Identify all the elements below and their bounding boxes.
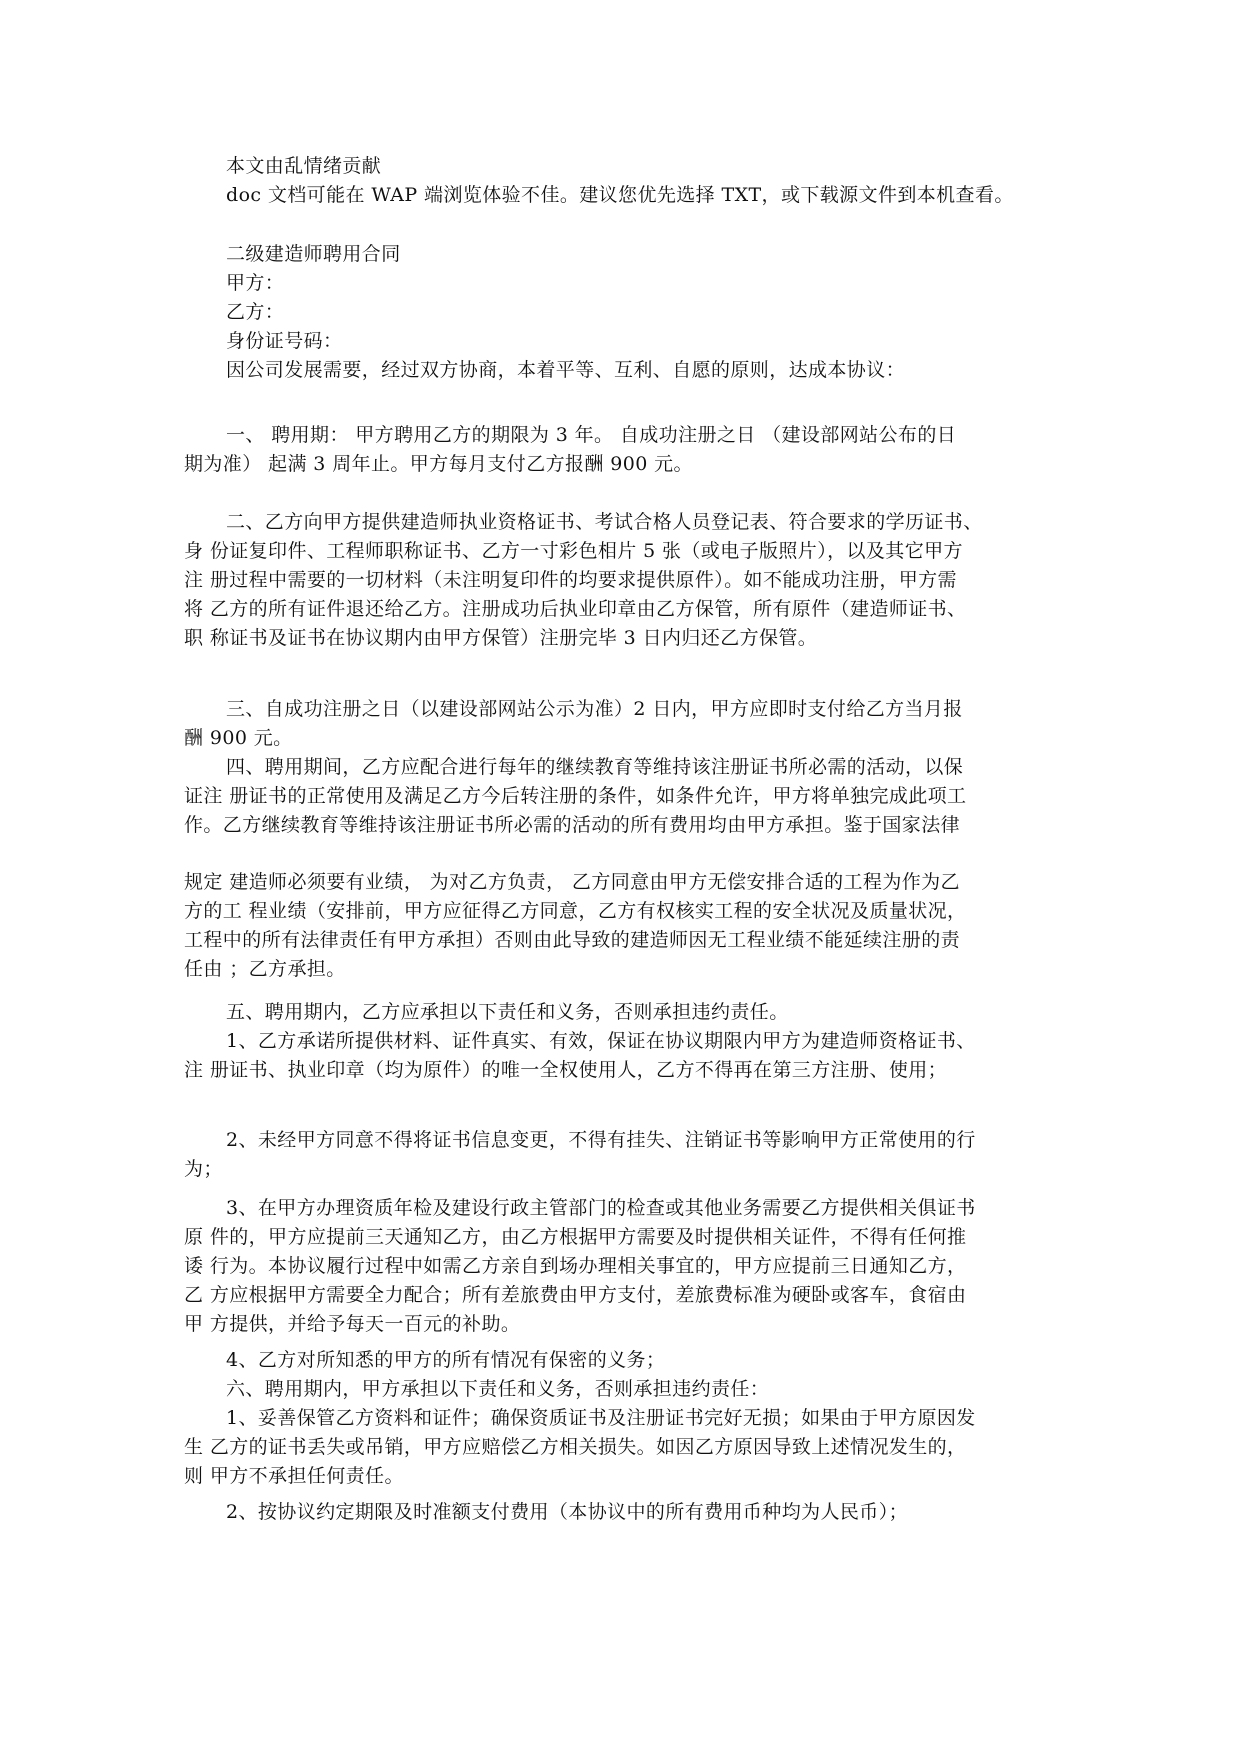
- contract-line: 为；: [184, 1157, 223, 1181]
- contract-line: 期为准） 起满 3 周年止。甲方每月支付乙方报酬 900 元。: [184, 452, 693, 476]
- contract-line: 六、聘用期内，甲方承担以下责任和义务，否则承担违约责任：: [226, 1377, 769, 1401]
- contract-line: 二、乙方向甲方提供建造师执业资格证书、考试合格人员登记表、符合要求的学历证书、: [226, 510, 983, 534]
- party-a-label: 甲方：: [226, 271, 284, 295]
- id-number-label: 身份证号码：: [226, 329, 342, 353]
- contract-line: 2、未经甲方同意不得将证书信息变更，不得有挂失、注销证书等影响甲方正常使用的行: [226, 1128, 976, 1152]
- contract-line: 酬 900 元。: [184, 726, 293, 750]
- contract-line: 3、在甲方办理资质年检及建设行政主管部门的检查或其他业务需要乙方提供相关俱证书: [226, 1196, 976, 1220]
- party-b-label: 乙方：: [226, 300, 284, 324]
- contract-line: 证注 册证书的正常使用及满足乙方今后转注册的条件，如条件允许，甲方将单独完成此项…: [184, 784, 966, 808]
- contract-line: 注 册过程中需要的一切材料（未注明复印件的均要求提供原件）。如不能成功注册，甲方…: [184, 568, 957, 592]
- contract-line: 身 份证复印件、工程师职称证书、乙方一寸彩色相片 5 张（或电子版照片），以及其…: [184, 539, 963, 563]
- contract-line: 甲 方提供，并给予每天一百元的补助。: [184, 1312, 520, 1336]
- contract-line: 诿 行为。本协议履行过程中如需乙方亲自到场办理相关事宜的，甲方应提前三日通知乙方…: [184, 1254, 966, 1278]
- contract-line: 乙 方应根据甲方需要全力配合；所有差旅费由甲方支付，差旅费标准为硬卧或客车，食宿…: [184, 1283, 966, 1307]
- contract-line: 注 册证书、执业印章（均为原件）的唯一全权使用人，乙方不得再在第三方注册、使用；: [184, 1058, 947, 1082]
- contract-line: 四、聘用期间，乙方应配合进行每年的继续教育等维持该注册证书所必需的活动，以保: [226, 755, 963, 779]
- preamble: 因公司发展需要，经过双方协商，本着平等、互利、自愿的原则，达成本协议：: [226, 358, 905, 382]
- contract-line: 将 乙方的所有证件退还给乙方。注册成功后执业印章由乙方保管，所有原件（建造师证书…: [184, 597, 966, 621]
- contract-line: 职 称证书及证书在协议期内由甲方保管）注册完毕 3 日内归还乙方保管。: [184, 626, 817, 650]
- wap-notice: doc 文档可能在 WAP 端浏览体验不佳。建议您优先选择 TXT，或下载源文件…: [226, 183, 1014, 207]
- contributor-note: 本文由乱情绪贡献: [226, 154, 381, 178]
- document-page: 本文由乱情绪贡献 doc 文档可能在 WAP 端浏览体验不佳。建议您优先选择 T…: [0, 0, 1241, 1754]
- contract-line: 1、妥善保管乙方资料和证件；确保资质证书及注册证书完好无损；如果由于甲方原因发: [226, 1406, 976, 1430]
- contract-line: 工程中的所有法律责任有甲方承担）否则由此导致的建造师因无工程业绩不能延续注册的责: [184, 928, 960, 952]
- contract-line: 生 乙方的证书丢失或吊销，甲方应赔偿乙方相关损失。如因乙方原因导致上述情况发生的…: [184, 1435, 966, 1459]
- contract-line: 4、乙方对所知悉的甲方的所有情况有保密的义务；: [226, 1348, 665, 1372]
- contract-title: 二级建造师聘用合同: [226, 242, 401, 266]
- contract-line: 任由 ；乙方承担。: [184, 957, 346, 981]
- contract-line: 则 甲方不承担任何责任。: [184, 1464, 404, 1488]
- contract-line: 一、 聘用期： 甲方聘用乙方的期限为 3 年。 自成功注册之日 （建设部网站公布…: [226, 423, 956, 447]
- contract-line: 作。乙方继续教育等维持该注册证书所必需的活动的所有费用均由甲方承担。鉴于国家法律: [184, 813, 960, 837]
- contract-line: 规定 建造师必须要有业绩， 为对乙方负责， 乙方同意由甲方无偿安排合适的工程为作…: [184, 870, 960, 894]
- contract-line: 方的工 程业绩（安排前，甲方应征得乙方同意，乙方有权核实工程的安全状况及质量状况…: [184, 899, 966, 923]
- contract-line: 三、自成功注册之日（以建设部网站公示为准）2 日内，甲方应即时支付给乙方当月报: [226, 697, 963, 721]
- contract-line: 原 件的，甲方应提前三天通知乙方，由乙方根据甲方需要及时提供相关证件，不得有任何…: [184, 1225, 966, 1249]
- contract-line: 2、按协议约定期限及时准额支付费用（本协议中的所有费用币种均为人民币）；: [226, 1500, 908, 1524]
- contract-line: 五、聘用期内，乙方应承担以下责任和义务，否则承担违约责任。: [226, 1000, 789, 1024]
- contract-line: 1、乙方承诺所提供材料、证件真实、有效，保证在协议期限内甲方为建造师资格证书、: [226, 1029, 976, 1053]
